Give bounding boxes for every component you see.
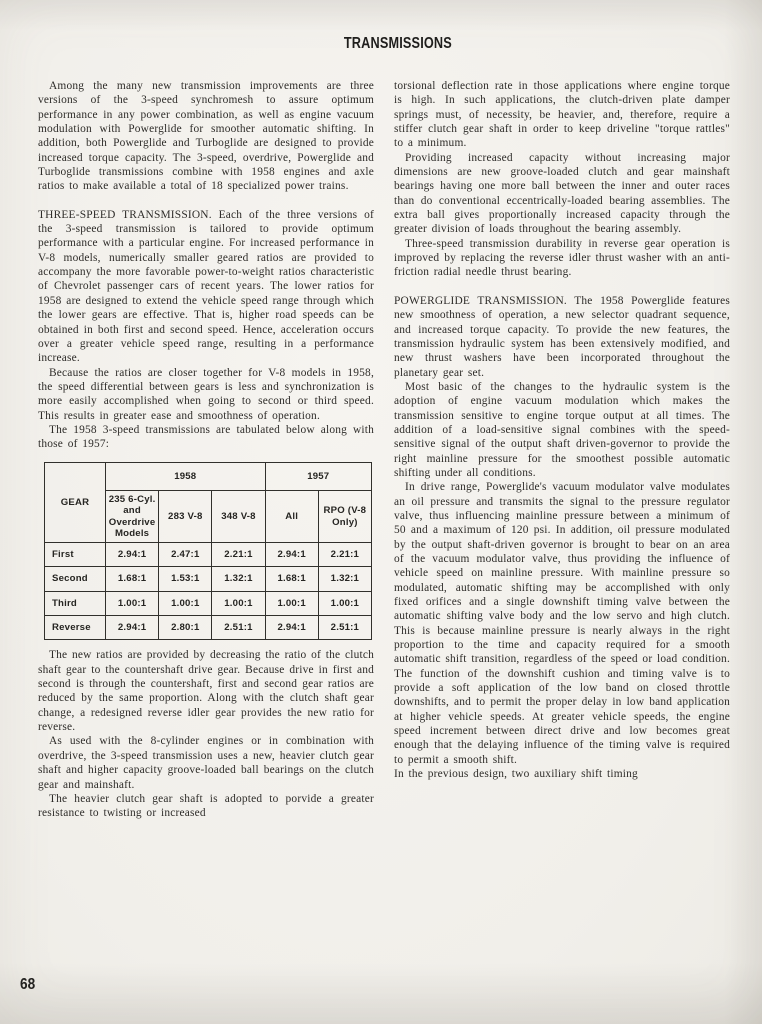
table-cell-value: 1.32:1 [318, 567, 371, 591]
table-cell-value: 2.51:1 [212, 616, 265, 640]
table-header-all: All [265, 490, 318, 542]
table-cell-value: 2.21:1 [318, 543, 371, 567]
table-row-second: Second 1.68:1 1.53:1 1.32:1 1.68:1 1.32:… [45, 567, 372, 591]
table-cell-value: 2.80:1 [159, 616, 212, 640]
table-row-third: Third 1.00:1 1.00:1 1.00:1 1.00:1 1.00:1 [45, 591, 372, 615]
paragraph-intro: Among the many new transmission improvem… [38, 79, 374, 194]
table-cell-gear: Third [45, 591, 106, 615]
table-header-1958: 1958 [106, 462, 266, 490]
table-cell-value: 2.94:1 [265, 543, 318, 567]
paragraph-heavier-shaft: The heavier clutch gear shaft is adopted… [38, 792, 374, 821]
gear-ratio-table-wrap: GEAR 1958 1957 235 6-Cyl. and Overdrive … [44, 462, 372, 641]
paragraph-three-speed-section: THREE-SPEED TRANSMISSION. Each of the th… [38, 208, 374, 366]
table-row-reverse: Reverse 2.94:1 2.80:1 2.51:1 2.94:1 2.51… [45, 616, 372, 640]
table-cell-value: 2.94:1 [265, 616, 318, 640]
table-cell-value: 1.00:1 [265, 591, 318, 615]
table-cell-value: 1.00:1 [318, 591, 371, 615]
page-number: 68 [20, 976, 35, 994]
paragraph-hydraulic-changes: Most basic of the changes to the hydraul… [394, 380, 730, 480]
table-cell-value: 2.51:1 [318, 616, 371, 640]
table-year-row: GEAR 1958 1957 [45, 462, 372, 490]
table-cell-gear: Second [45, 567, 106, 591]
paragraph-powerglide-section: POWERGLIDE TRANSMISSION. The 1958 Powerg… [394, 294, 730, 380]
title-row: TRANSMISSIONS [0, 0, 762, 53]
table-header-348-v8: 348 V-8 [212, 490, 265, 542]
table-cell-gear: Reverse [45, 616, 106, 640]
two-column-layout: Among the many new transmission improvem… [0, 53, 762, 821]
paragraph-8-cylinder: As used with the 8-cylinder engines or i… [38, 734, 374, 791]
paragraph-drive-range: In drive range, Powerglide's vacuum modu… [394, 480, 730, 767]
table-cell-value: 1.32:1 [212, 567, 265, 591]
left-column: Among the many new transmission improvem… [38, 79, 374, 821]
paragraph-reverse-durability: Three-speed transmission durability in r… [394, 237, 730, 280]
table-cell-value: 1.00:1 [159, 591, 212, 615]
paragraph-new-ratios: The new ratios are provided by decreasin… [38, 648, 374, 734]
right-column: torsional deflection rate in those appli… [394, 79, 730, 821]
table-cell-value: 1.00:1 [212, 591, 265, 615]
table-cell-value: 2.21:1 [212, 543, 265, 567]
table-header-rpo: RPO (V-8 Only) [318, 490, 371, 542]
table-header-283-v8: 283 V-8 [159, 490, 212, 542]
table-header-235-6cyl: 235 6-Cyl. and Overdrive Models [106, 490, 159, 542]
paragraph-previous-design: In the previous design, two auxiliary sh… [394, 767, 730, 781]
table-cell-value: 1.68:1 [265, 567, 318, 591]
paragraph-increased-capacity: Providing increased capacity without inc… [394, 151, 730, 237]
table-cell-value: 2.94:1 [106, 616, 159, 640]
paragraph-ratios-closer: Because the ratios are closer together f… [38, 366, 374, 423]
table-cell-value: 1.00:1 [106, 591, 159, 615]
gear-ratio-table: GEAR 1958 1957 235 6-Cyl. and Overdrive … [44, 462, 372, 641]
table-header-gear: GEAR [45, 462, 106, 543]
table-cell-value: 1.53:1 [159, 567, 212, 591]
table-cell-value: 1.68:1 [106, 567, 159, 591]
table-row-first: First 2.94:1 2.47:1 2.21:1 2.94:1 2.21:1 [45, 543, 372, 567]
table-header-1957: 1957 [265, 462, 371, 490]
document-page: TRANSMISSIONS Among the many new transmi… [0, 0, 762, 1024]
table-cell-value: 2.94:1 [106, 543, 159, 567]
paragraph-table-lead-in: The 1958 3-speed transmissions are tabul… [38, 423, 374, 452]
paragraph-torsional: torsional deflection rate in those appli… [394, 79, 730, 151]
table-cell-value: 2.47:1 [159, 543, 212, 567]
table-cell-gear: First [45, 543, 106, 567]
page-title: TRANSMISSIONS [344, 35, 452, 53]
